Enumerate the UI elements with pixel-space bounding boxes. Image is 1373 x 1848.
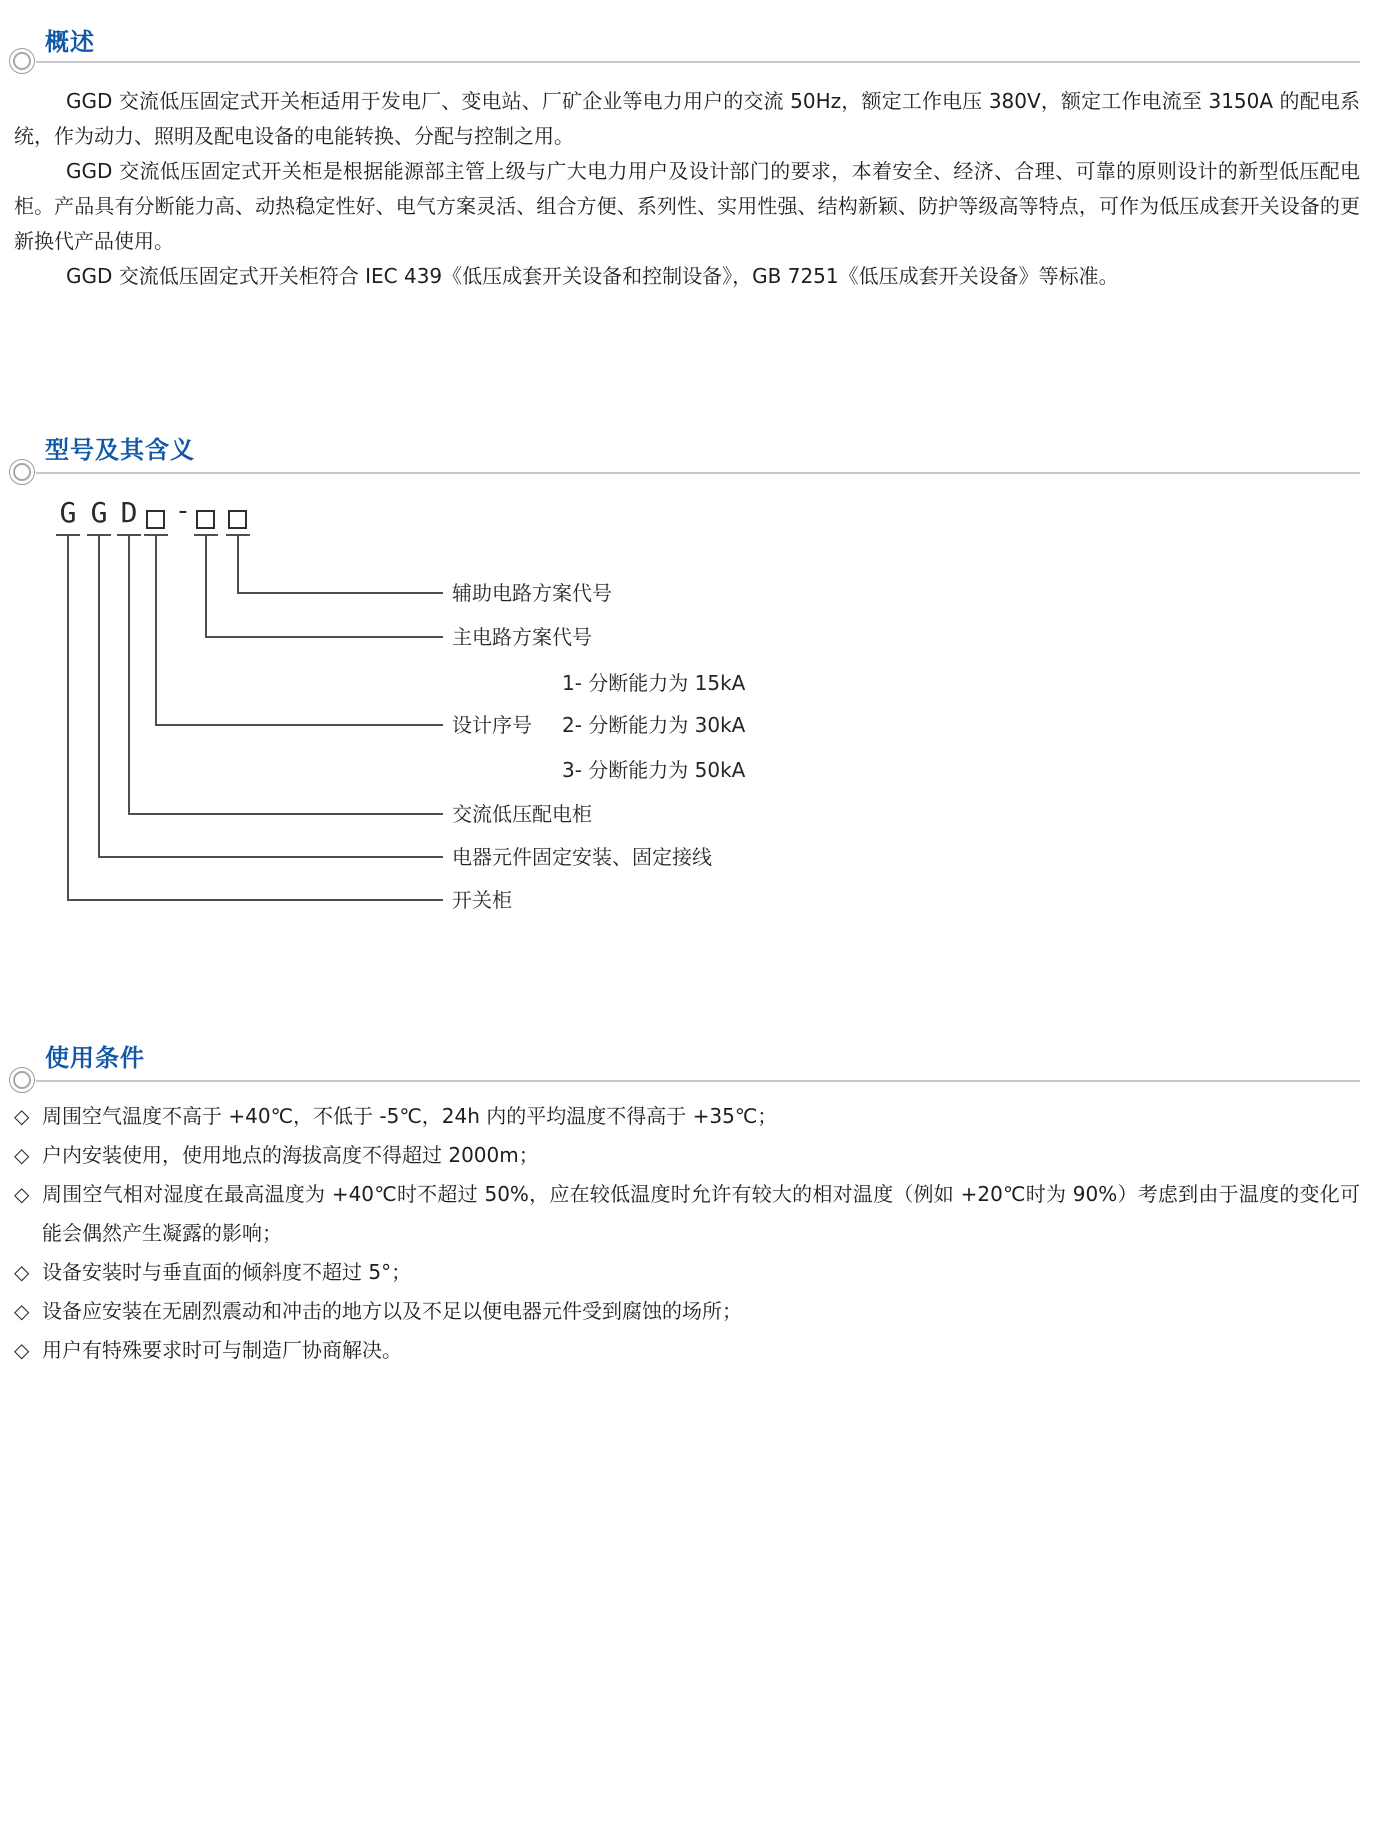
model-branch-option: 3- 分断能力为 50kA	[562, 756, 745, 784]
connector-line	[128, 536, 130, 815]
diamond-bullet-icon: ◇	[14, 1097, 29, 1136]
usage-condition-item: ◇ 设备安装时与垂直面的倾斜度不超过 5°；	[14, 1253, 1360, 1292]
overview-paragraphs: GGD 交流低压固定式开关柜适用于发电厂、变电站、厂矿企业等电力用户的交流 50…	[14, 84, 1360, 294]
model-divider	[36, 472, 1360, 474]
connector-line	[205, 636, 443, 638]
model-branch-label: 设计序号	[452, 711, 532, 739]
model-code-letter: G	[56, 496, 80, 529]
connector-line	[98, 856, 443, 858]
model-branch-label: 电器元件固定安装、固定接线	[452, 843, 712, 871]
usage-condition-text: 设备安装时与垂直面的倾斜度不超过 5°；	[42, 1260, 411, 1284]
diamond-bullet-icon: ◇	[14, 1136, 29, 1175]
model-branch-label: 开关柜	[452, 886, 512, 914]
section-marker-icon	[9, 48, 35, 74]
model-code-letter: D	[117, 496, 141, 529]
connector-line	[237, 536, 239, 594]
section-marker-icon	[9, 1067, 35, 1093]
section-marker-icon	[9, 459, 35, 485]
model-code-letter: G	[87, 496, 111, 529]
overview-paragraph: GGD 交流低压固定式开关柜适用于发电厂、变电站、厂矿企业等电力用户的交流 50…	[14, 84, 1360, 154]
model-code-box	[146, 510, 165, 529]
connector-line	[155, 536, 157, 726]
diamond-bullet-icon: ◇	[14, 1175, 29, 1214]
usage-divider	[36, 1080, 1360, 1082]
overview-paragraph: GGD 交流低压固定式开关柜符合 IEC 439《低压成套开关设备和控制设备》，…	[14, 259, 1360, 294]
connector-line	[205, 536, 207, 638]
model-branch-option: 1- 分断能力为 15kA	[562, 669, 745, 697]
usage-section-title: 使用条件	[45, 1038, 145, 1073]
catalog-page: { "page": { "accent_color": "#1157a8", "…	[0, 0, 1373, 1848]
model-branch-label: 辅助电路方案代号	[452, 579, 612, 607]
connector-line	[67, 536, 69, 901]
model-code-box	[196, 510, 215, 529]
usage-condition-item: ◇ 周围空气相对湿度在最高温度为 +40℃时不超过 50%，应在较低温度时允许有…	[14, 1175, 1360, 1253]
usage-conditions-list: ◇ 周围空气温度不高于 +40℃，不低于 -5℃，24h 内的平均温度不得高于 …	[14, 1097, 1360, 1370]
diamond-bullet-icon: ◇	[14, 1331, 29, 1370]
usage-condition-text: 户内安装使用，使用地点的海拔高度不得超过 2000m；	[42, 1143, 539, 1167]
usage-condition-text: 设备应安装在无剧烈震动和冲击的地方以及不足以便电器元件受到腐蚀的场所；	[42, 1299, 742, 1323]
diamond-bullet-icon: ◇	[14, 1253, 29, 1292]
overview-paragraph: GGD 交流低压固定式开关柜是根据能源部主管上级与广大电力用户及设计部门的要求，…	[14, 154, 1360, 259]
model-branch-label: 交流低压配电柜	[452, 800, 592, 828]
usage-condition-item: ◇ 户内安装使用，使用地点的海拔高度不得超过 2000m；	[14, 1136, 1360, 1175]
overview-divider	[36, 61, 1360, 63]
usage-condition-text: 周围空气温度不高于 +40℃，不低于 -5℃，24h 内的平均温度不得高于 +3…	[42, 1104, 777, 1128]
model-branch-label: 主电路方案代号	[452, 623, 592, 651]
usage-condition-text: 用户有特殊要求时可与制造厂协商解决。	[42, 1338, 402, 1362]
connector-line	[155, 724, 443, 726]
connector-line	[67, 899, 443, 901]
model-code-box	[228, 510, 247, 529]
overview-section-title: 概述	[45, 22, 95, 57]
usage-condition-text: 周围空气相对湿度在最高温度为 +40℃时不超过 50%，应在较低温度时允许有较大…	[42, 1182, 1360, 1245]
model-section-title: 型号及其含义	[45, 430, 195, 465]
usage-condition-item: ◇ 设备应安装在无剧烈震动和冲击的地方以及不足以便电器元件受到腐蚀的场所；	[14, 1292, 1360, 1331]
connector-line	[128, 813, 443, 815]
usage-condition-item: ◇ 用户有特殊要求时可与制造厂协商解决。	[14, 1331, 1360, 1370]
model-code-dash: -	[171, 496, 195, 526]
model-diagram: G G D - 辅助电路方案代号 主电路方案代号 1- 分断能力为 15kA 设…	[0, 490, 1373, 945]
connector-line	[98, 536, 100, 858]
connector-line	[237, 592, 443, 594]
diamond-bullet-icon: ◇	[14, 1292, 29, 1331]
model-branch-option: 2- 分断能力为 30kA	[562, 711, 745, 739]
usage-condition-item: ◇ 周围空气温度不高于 +40℃，不低于 -5℃，24h 内的平均温度不得高于 …	[14, 1097, 1360, 1136]
